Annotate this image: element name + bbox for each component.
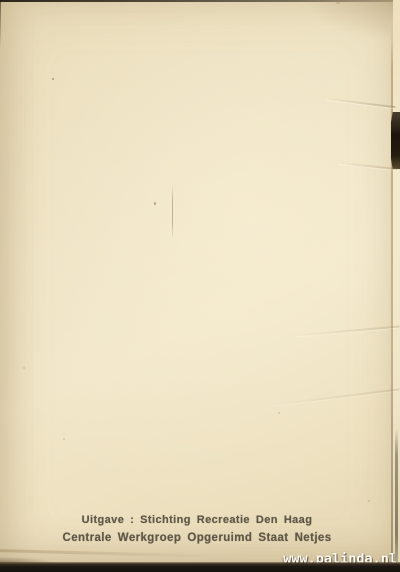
scan-left-edge <box>0 0 1 48</box>
watermark: www.palinda.nl <box>283 551 397 567</box>
paper-speck <box>63 438 65 440</box>
scan-top-border <box>0 0 400 2</box>
crease-line <box>295 325 400 336</box>
crease-line <box>326 98 396 109</box>
scanned-booklet-back-cover: Uitgave : Stichting Recreatie Den Haag C… <box>0 0 400 572</box>
paper-speck <box>52 78 54 80</box>
page-edge-line <box>391 26 393 560</box>
edge-tear-notch <box>391 112 400 169</box>
crease-line <box>275 388 399 405</box>
paper-speck <box>368 500 370 502</box>
paper-speck <box>278 412 280 414</box>
top-right-corner-shade <box>305 0 400 42</box>
paper-speck <box>154 202 156 205</box>
wrinkle-line <box>0 549 215 558</box>
scratch-mark <box>172 186 173 240</box>
colophon-line-publisher: Uitgave : Stichting Recreatie Den Haag <box>0 511 397 529</box>
paper-speck <box>23 367 25 369</box>
colophon-line-workgroup: Centrale Werkgroep Opgeruimd Staat Netje… <box>0 529 397 547</box>
crease-line <box>338 162 398 170</box>
paper-speck <box>336 2 340 4</box>
scan-bottom-border-corner <box>0 557 55 564</box>
page-outer-edge <box>393 0 400 572</box>
colophon: Uitgave : Stichting Recreatie Den Haag C… <box>0 511 397 547</box>
